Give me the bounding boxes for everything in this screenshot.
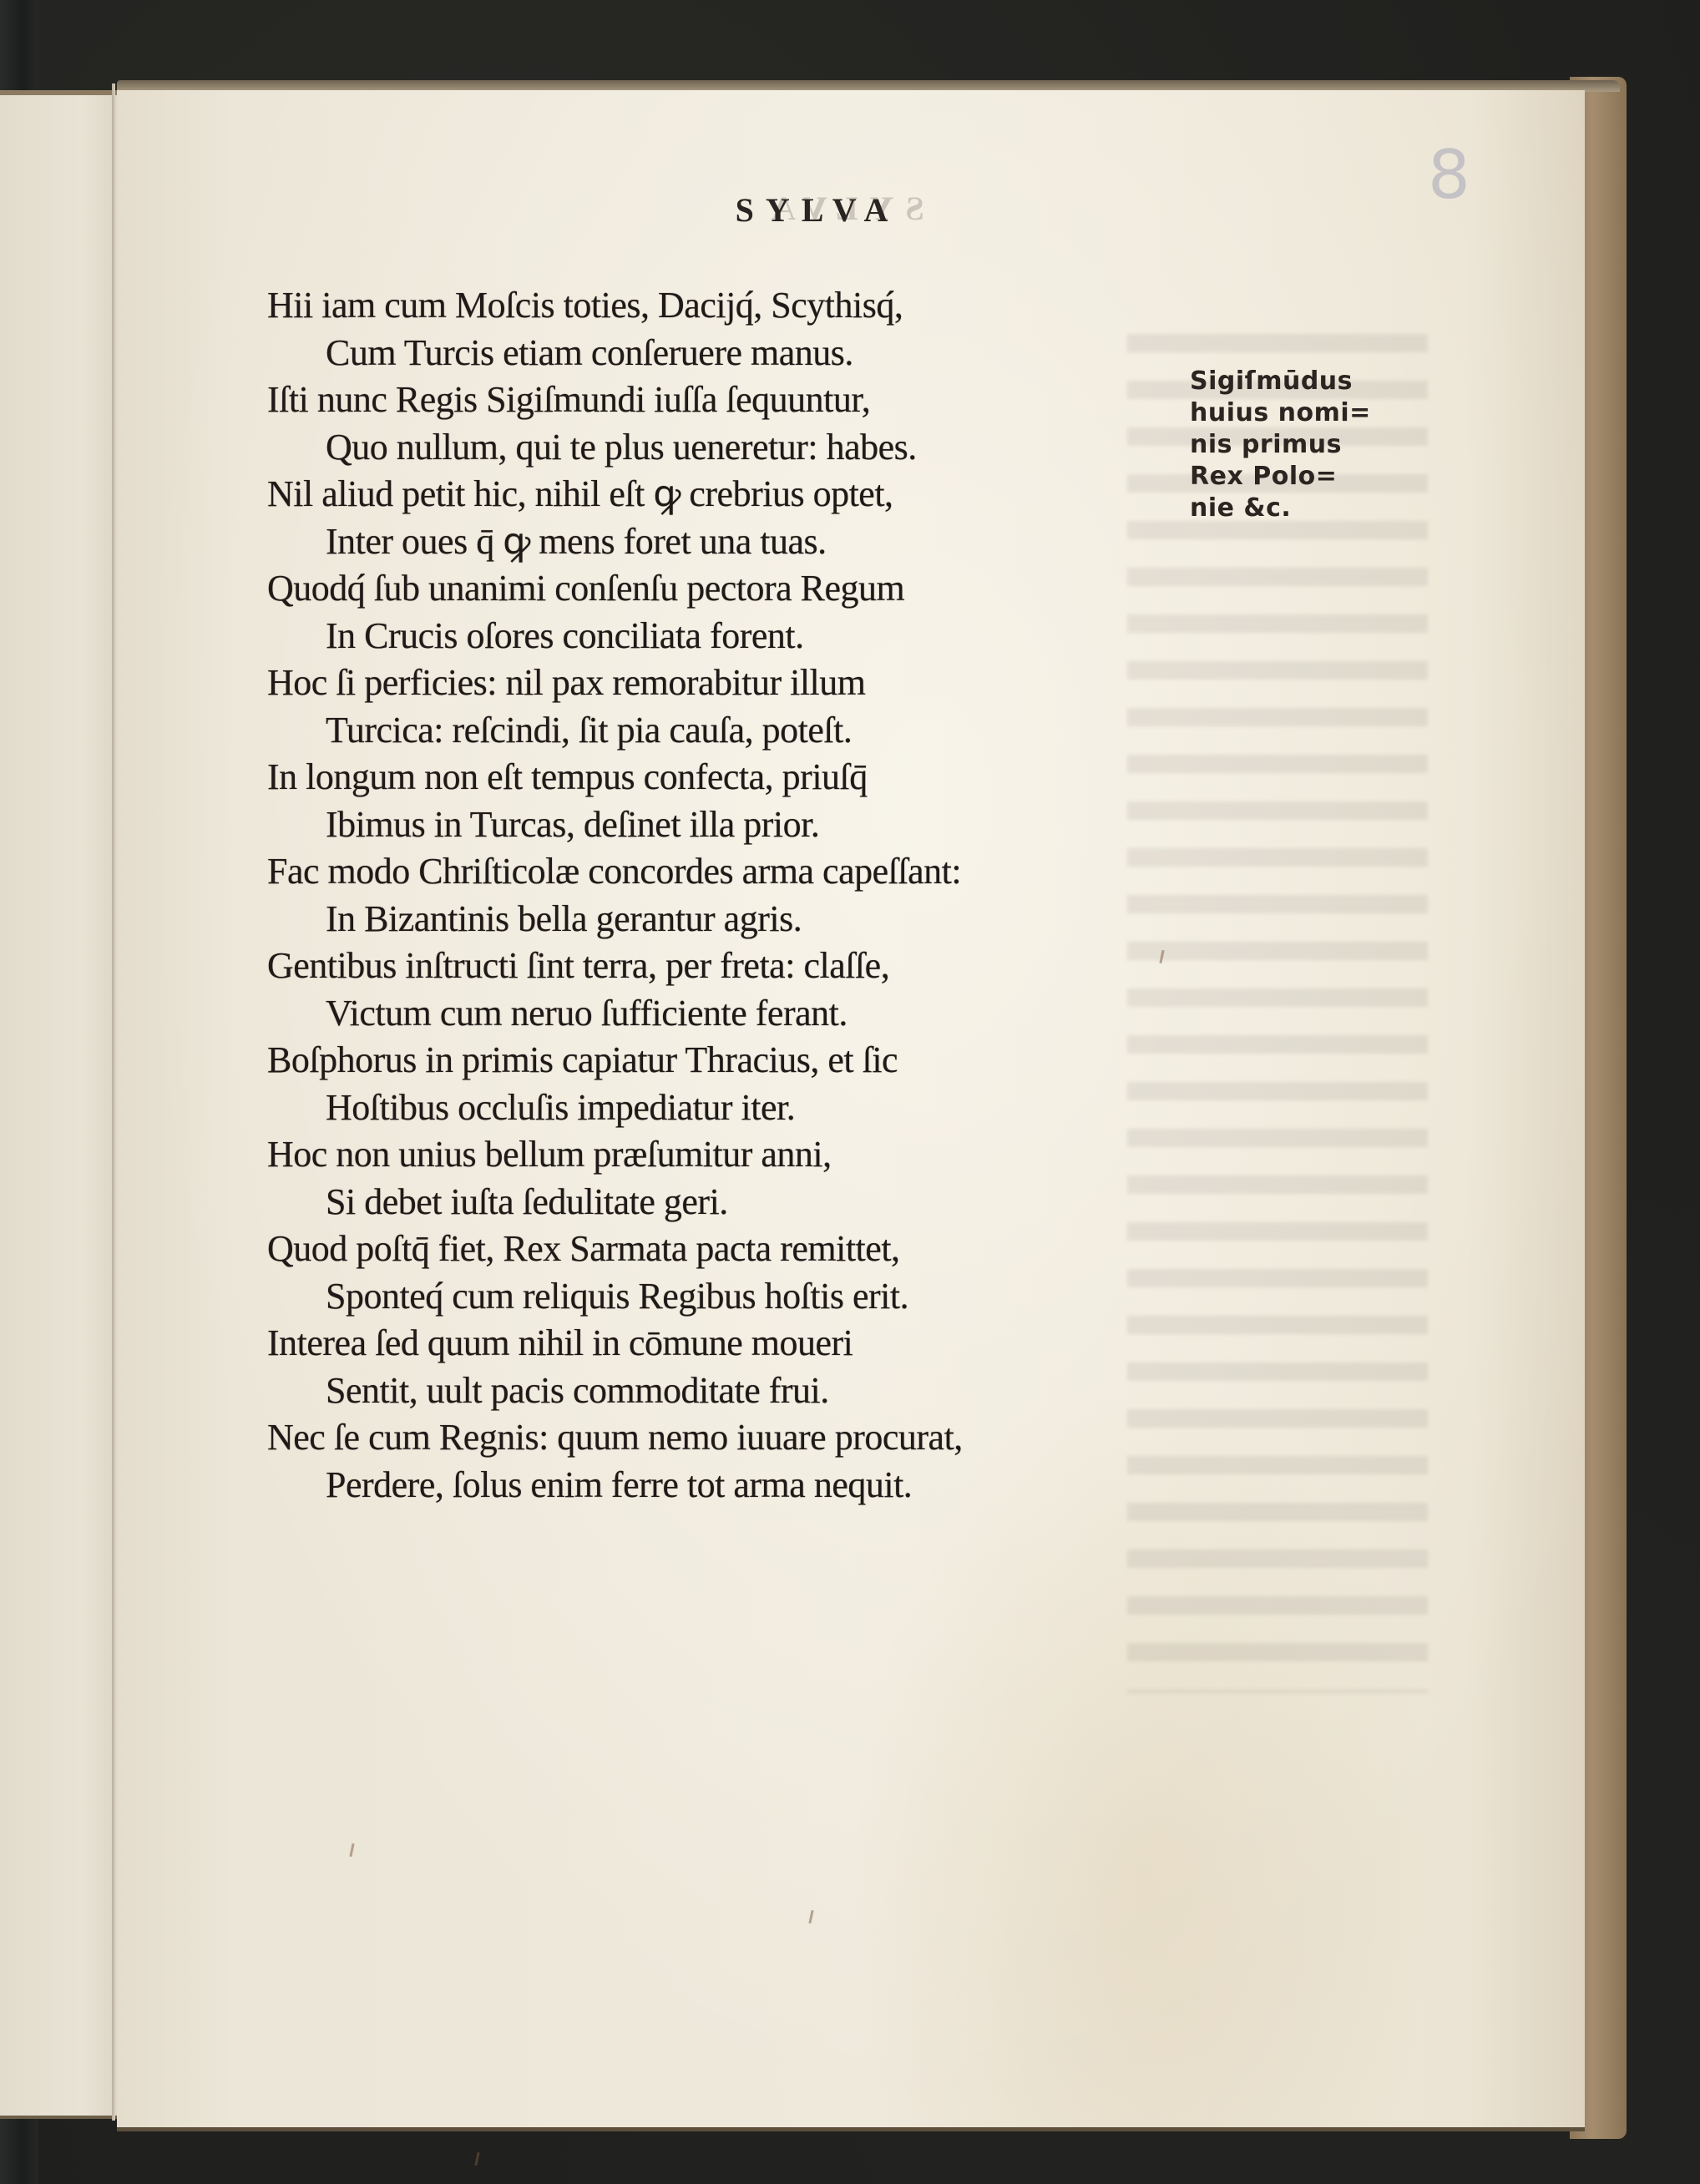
marginal-note-line: nis primus xyxy=(1190,429,1371,461)
verse-line: Hoc non unius bellum præſumitur anni, xyxy=(267,1131,1353,1179)
verse-line: Fac modo Chriſticolæ concordes arma cape… xyxy=(267,848,1353,896)
verse-line: Turcica: reſcindi, ſit pia cauſa, poteſt… xyxy=(267,707,1353,755)
marginal-note-line: huius nomi= xyxy=(1190,397,1371,429)
verse-line: Perdere, ſolus enim ferre tot arma nequi… xyxy=(267,1462,1353,1509)
verse-line: Ibimus in Turcas, deſinet illa prior. xyxy=(267,801,1353,849)
gutter-fold xyxy=(112,83,115,2121)
marginal-note: Sigiſmūdus huius nomi= nis primus Rex Po… xyxy=(1190,366,1371,524)
verse-line: Si debet iuſta ſedulitate geri. xyxy=(267,1179,1353,1226)
verse-line: Sponteq́ cum reliquis Regibus hoſtis eri… xyxy=(267,1273,1353,1321)
verse-line: Boſphorus in primis capiatur Thracius, e… xyxy=(267,1037,1353,1084)
running-head: SYLVA xyxy=(117,90,1585,230)
paper-speck xyxy=(808,1910,813,1924)
verse-line: Interea ſed quum nihil in cōmune moueri xyxy=(267,1320,1353,1368)
left-page-sliver xyxy=(0,90,117,2119)
verse-line: Inter oues q̄ ꝙ mens foret una tuas. xyxy=(267,518,1353,566)
verse-line: Gentibus inſtructi ſint terra, per freta… xyxy=(267,943,1353,990)
verse-line: Hii iam cum Moſcis toties, Dacijq́, Scyt… xyxy=(267,282,1353,330)
paper-speck xyxy=(349,1843,354,1857)
marginal-note-line: nie &c. xyxy=(1190,493,1371,524)
verse-line: Victum cum neruo ſufficiente ferant. xyxy=(267,990,1353,1038)
verse-line: Sentit, uult pacis commoditate frui. xyxy=(267,1368,1353,1415)
book-page: 8 SYLVA SYLVA Hii iam cum Moſcis toties,… xyxy=(117,90,1585,2131)
verse-line: Hoc ſi perficies: nil pax remorabitur il… xyxy=(267,660,1353,707)
verse-line: Quodq́ ſub unanimi conſenſu pectora Regu… xyxy=(267,565,1353,613)
marginal-note-line: Sigiſmūdus xyxy=(1190,366,1371,397)
verse-line: In longum non eſt tempus confecta, priuſ… xyxy=(267,754,1353,801)
verse-line: Nec ſe cum Regnis: quum nemo iuuare proc… xyxy=(267,1414,1353,1462)
verse-line: Hoſtibus occluſis impediatur iter. xyxy=(267,1084,1353,1132)
verse-line: In Crucis oſores conciliata forent. xyxy=(267,613,1353,660)
verse-line: Quod poſtq̄ fiet, Rex Sarmata pacta remi… xyxy=(267,1226,1353,1273)
verse-line: In Bizantinis bella gerantur agris. xyxy=(267,896,1353,943)
marginal-note-line: Rex Polo= xyxy=(1190,461,1371,493)
